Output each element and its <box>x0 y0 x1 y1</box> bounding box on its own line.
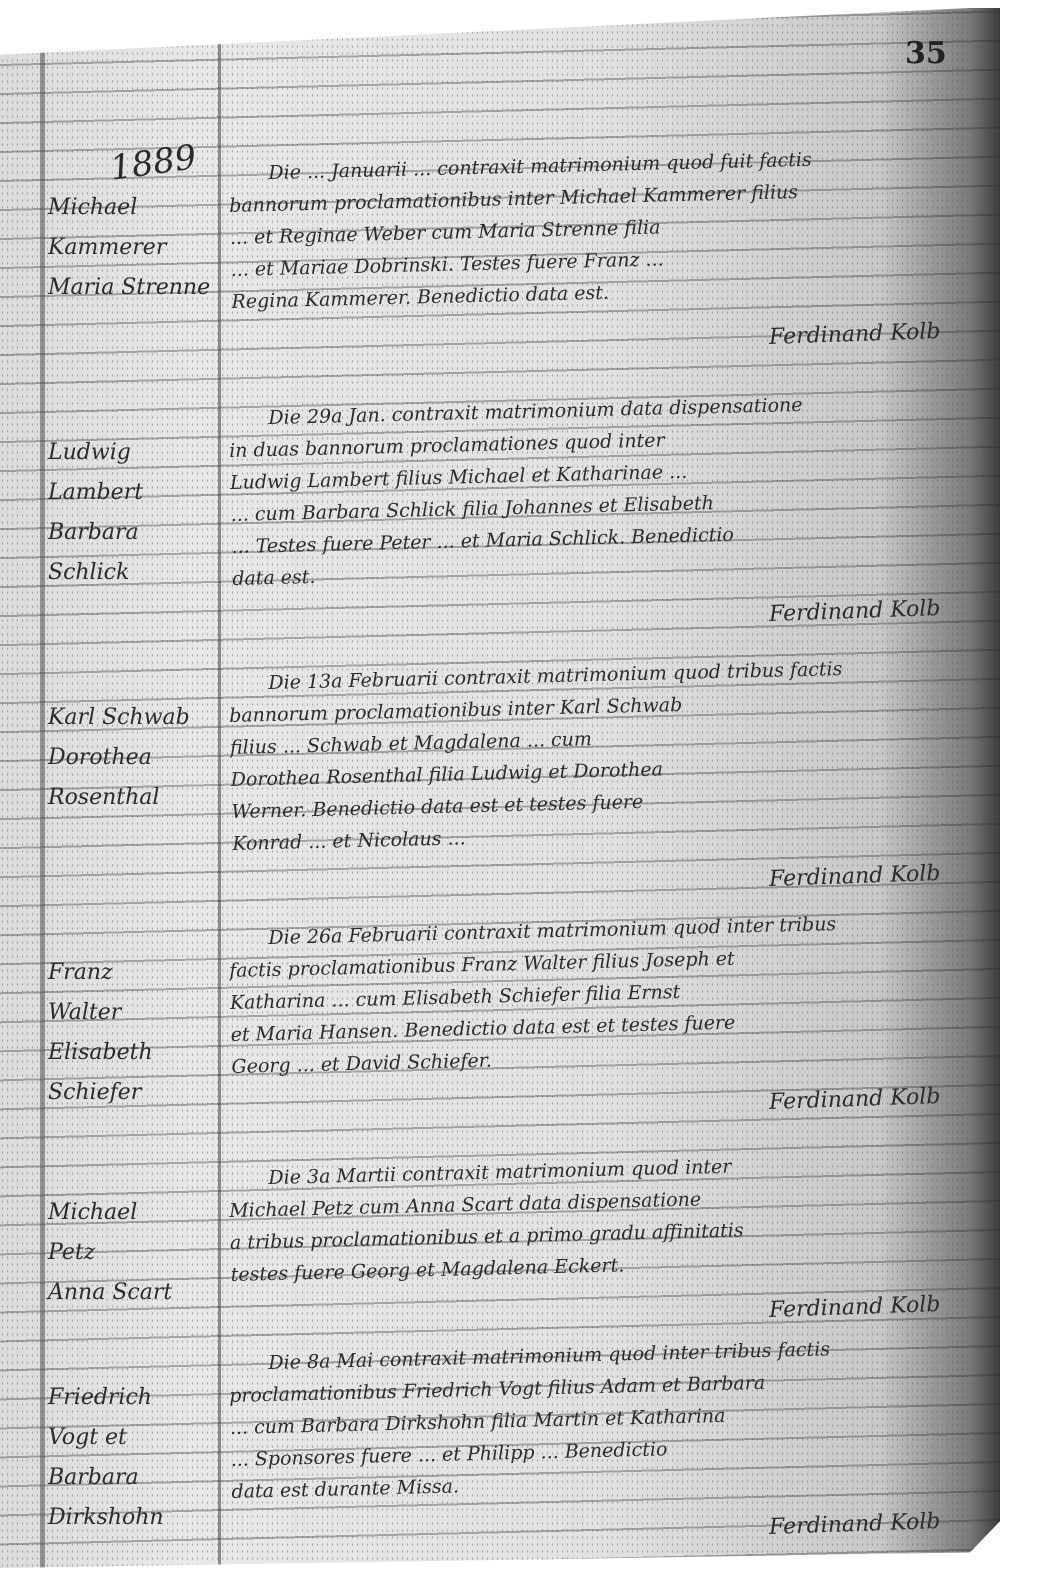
scan-border <box>1000 0 1040 1596</box>
entry-margin-names: MichaelPetzAnna Scart <box>48 1193 218 1313</box>
margin-name: Franz <box>48 953 218 993</box>
margin-name: Karl Schwab <box>48 698 218 738</box>
entry-margin-names: FranzWalterElisabethSchiefer <box>48 953 218 1113</box>
register-page: 35 1889 MichaelKammererMaria StrenneDie … <box>0 8 1000 1568</box>
margin-name: Petz <box>48 1233 218 1273</box>
margin-name: Dirkshohn <box>48 1498 218 1538</box>
margin-name: Lambert <box>48 473 218 513</box>
margin-name: Elisabeth <box>48 1033 218 1073</box>
margin-name: Michael <box>48 188 218 228</box>
entry-margin-names: Karl SchwabDorotheaRosenthal <box>48 698 218 818</box>
margin-name: Walter <box>48 993 218 1033</box>
entry-margin-names: MichaelKammererMaria Strenne <box>48 188 218 308</box>
margin-name: Dorothea <box>48 738 218 778</box>
margin-name: Ludwig <box>48 433 218 473</box>
margin-name: Barbara <box>48 1458 218 1498</box>
margin-name: Anna Scart <box>48 1273 218 1313</box>
margin-name: Vogt et <box>48 1418 218 1458</box>
margin-name: Rosenthal <box>48 778 218 818</box>
entry-text: Die 13a Februarii contraxit matrimonium … <box>228 650 972 860</box>
entry-text: Die 8a Mai contraxit matrimonium quod in… <box>228 1330 972 1508</box>
margin-rule-names <box>218 8 221 1568</box>
margin-name: Maria Strenne <box>48 268 218 308</box>
entry-margin-names: FriedrichVogt etBarbaraDirkshohn <box>48 1378 218 1538</box>
margin-name: Michael <box>48 1193 218 1233</box>
entry-text: Die 29a Jan. contraxit matrimonium data … <box>228 385 972 595</box>
page-number: 35 <box>905 36 947 71</box>
margin-rule-left <box>40 8 45 1568</box>
margin-name: Schlick <box>48 553 218 593</box>
entry-text: Die ... Januarii ... contraxit matrimoni… <box>228 140 972 318</box>
margin-name: Friedrich <box>48 1378 218 1418</box>
entry-text: Die 3a Martii contraxit matrimonium quod… <box>228 1145 971 1291</box>
entry-margin-names: LudwigLambertBarbaraSchlick <box>48 433 218 593</box>
entry-text: Die 26a Februarii contraxit matrimonium … <box>228 905 972 1083</box>
margin-name: Barbara <box>48 513 218 553</box>
margin-name: Schiefer <box>48 1073 218 1113</box>
margin-name: Kammerer <box>48 228 218 268</box>
